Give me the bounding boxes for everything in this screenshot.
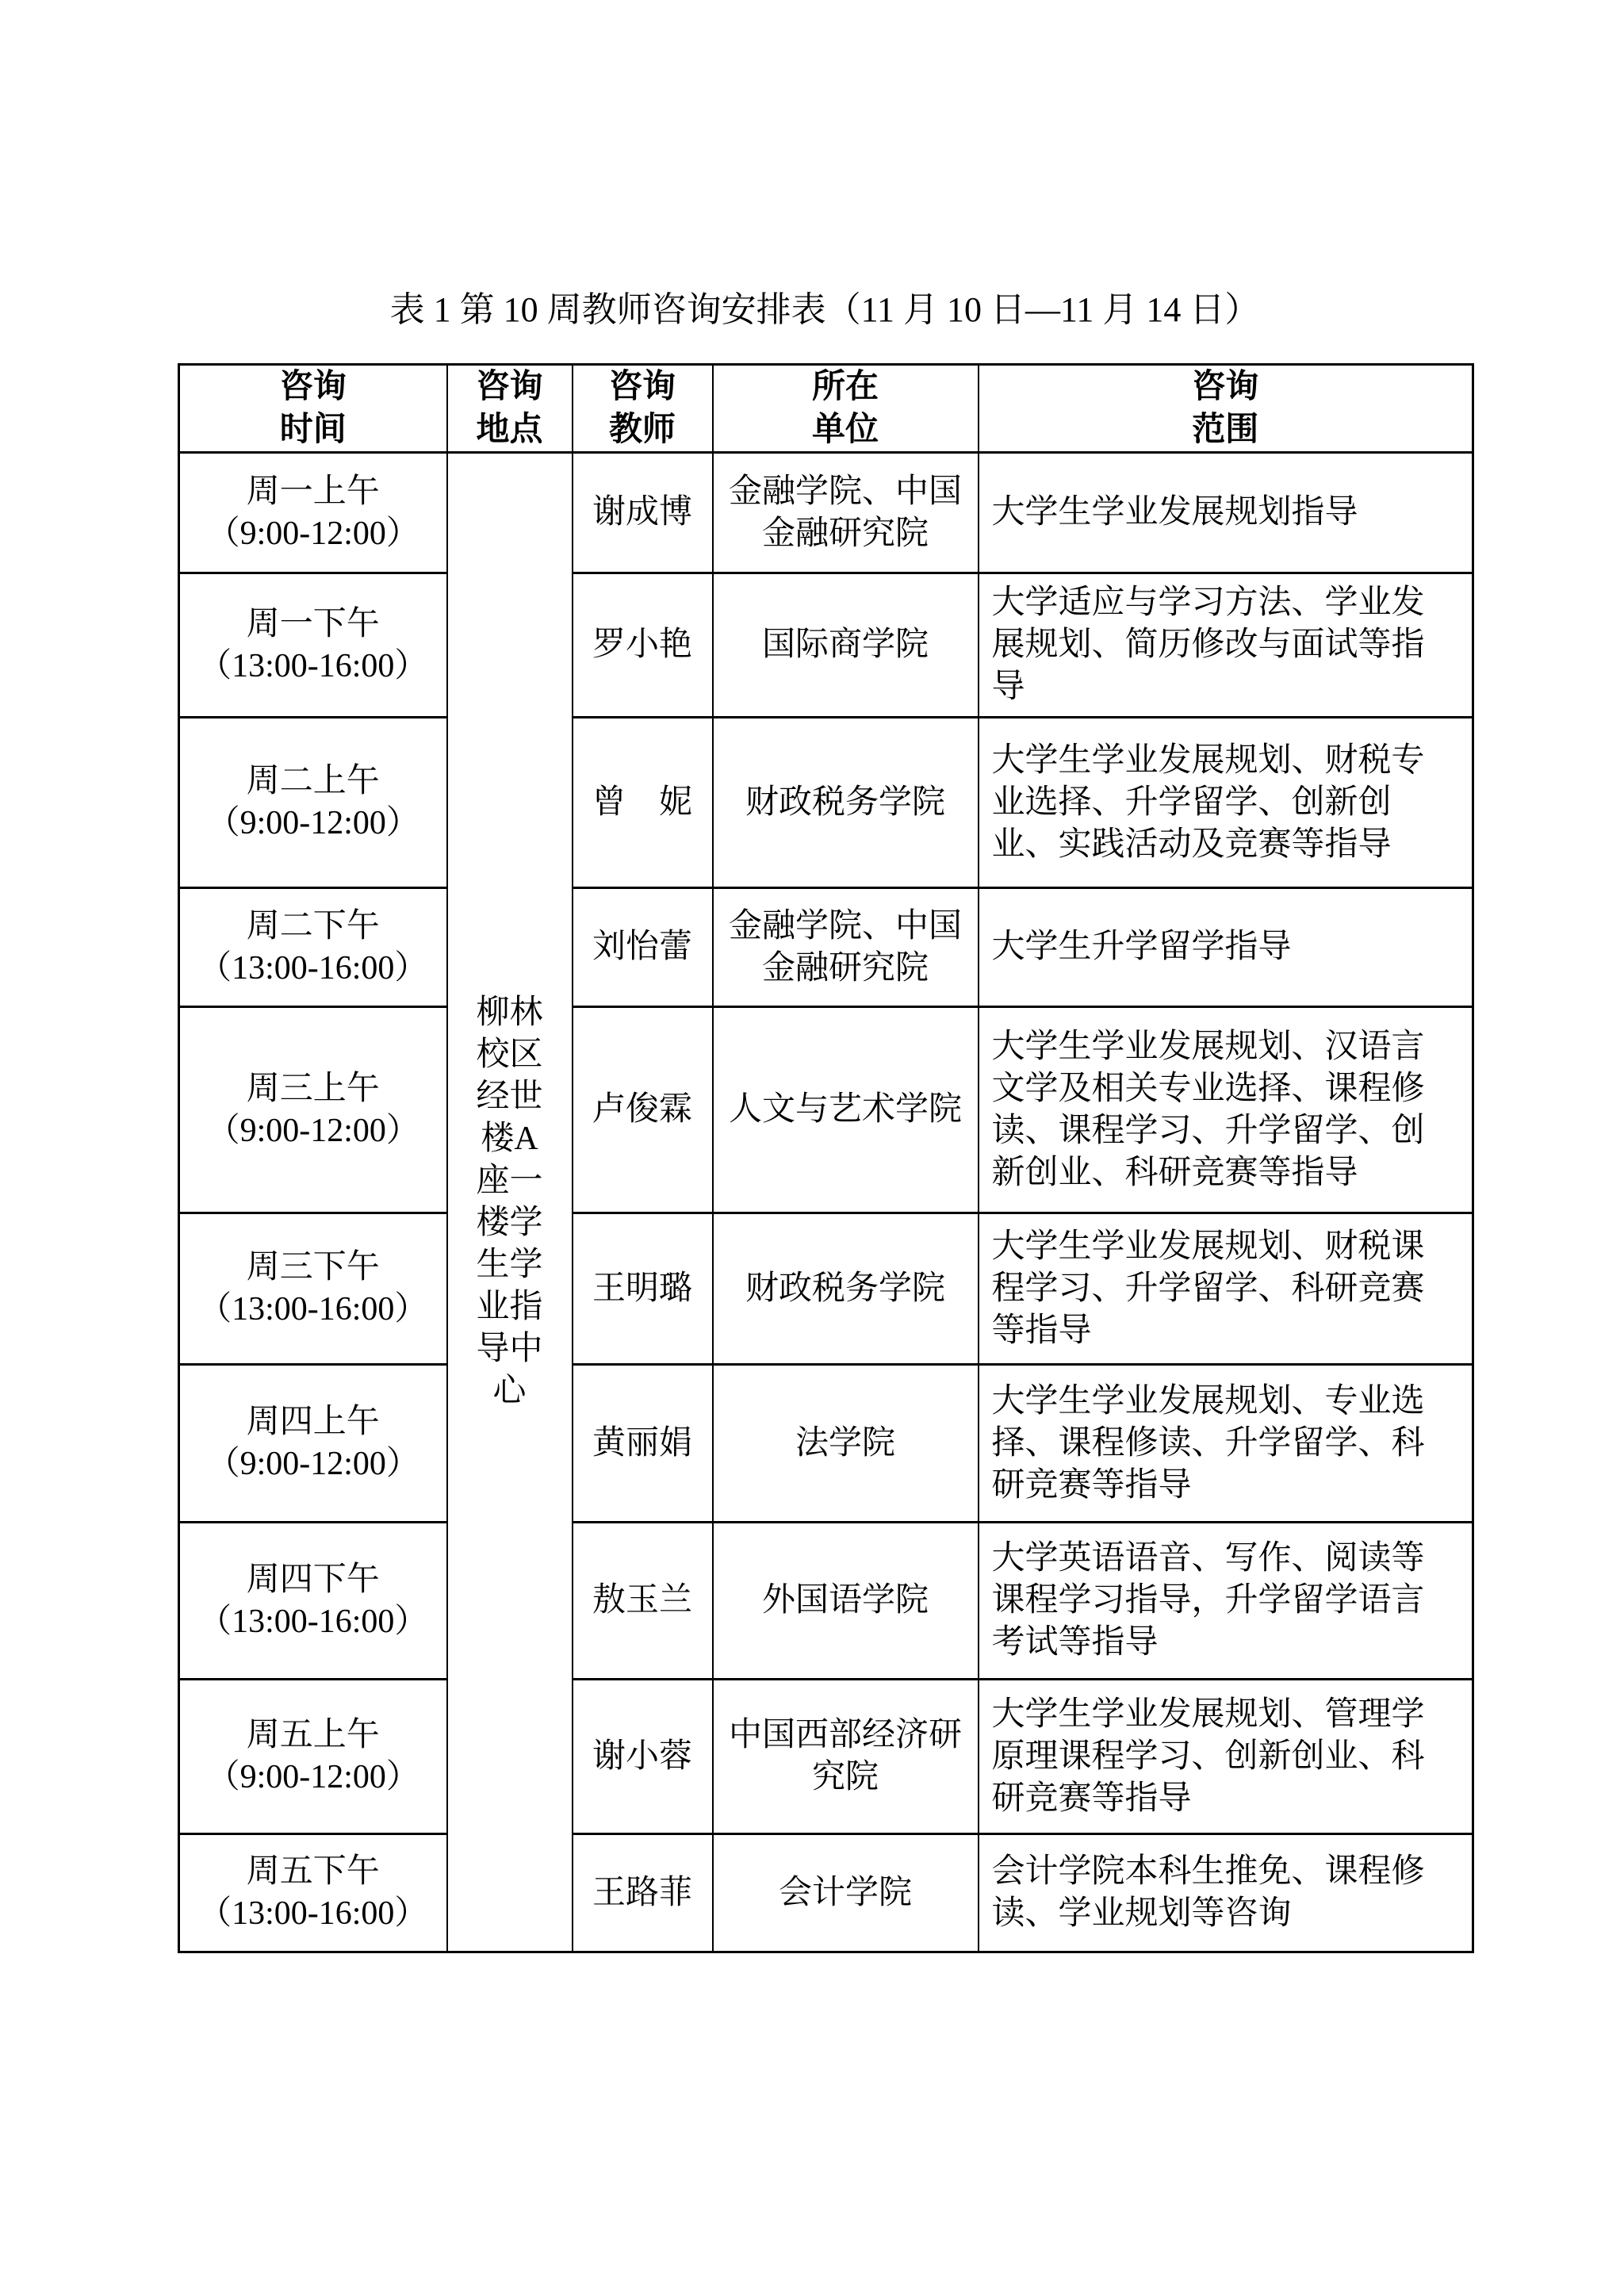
time-day: 周二上午 [247,763,380,799]
time-hours: （13:00-16:00） [198,1603,427,1640]
time-day: 周一上午 [247,473,380,510]
unit-cell: 外国语学院 [713,1523,979,1680]
header-cell-location: 咨询地点 [447,365,573,453]
header-teacher-line2: 教师 [609,412,676,448]
scope-cell: 大学生学业发展规划、财税专业选择、升学留学、创新创业、实践活动及竞赛等指导 [979,718,1473,888]
location-cell: 柳林校区经世楼A座一楼学生学业指导中心 [447,453,573,1952]
time-cell: 周一下午（13:00-16:00） [179,573,447,718]
time-hours: （13:00-16:00） [198,1291,427,1328]
scope-cell: 大学生学业发展规划、汉语言文学及相关专业选择、课程修读、课程学习、升学留学、创新… [979,1007,1473,1213]
time-cell: 周二下午（13:00-16:00） [179,888,447,1007]
time-cell: 周一上午（9:00-12:00） [179,453,447,573]
time-day: 周四下午 [247,1561,380,1598]
table-row: 周三下午（13:00-16:00） 王明璐 财政税务学院 大学生学业发展规划、财… [179,1213,1473,1365]
table-row: 周四下午（13:00-16:00） 敖玉兰 外国语学院 大学英语语音、写作、阅读… [179,1523,1473,1680]
time-hours: （9:00-12:00） [207,1759,419,1795]
header-unit-line2: 单位 [812,412,879,448]
unit-cell: 财政税务学院 [713,718,979,888]
header-cell-time: 咨询时间 [179,365,447,453]
time-hours: （13:00-16:00） [198,950,427,987]
time-cell: 周五下午（13:00-16:00） [179,1834,447,1952]
table-row: 周五下午（13:00-16:00） 王路菲 会计学院 会计学院本科生推免、课程修… [179,1834,1473,1952]
scope-cell: 大学英语语音、写作、阅读等课程学习指导，升学留学语言考试等指导 [979,1523,1473,1680]
header-row: 咨询时间 咨询地点 咨询教师 所在单位 咨询范围 [179,365,1473,453]
time-hours: （9:00-12:00） [207,1113,419,1149]
time-cell: 周三下午（13:00-16:00） [179,1213,447,1365]
teacher-cell: 曾 妮 [573,718,713,888]
scope-cell: 大学生学业发展规划、管理学原理课程学习、创新创业、科研竞赛等指导 [979,1680,1473,1834]
header-location-line1: 咨询 [476,369,542,405]
table-row: 周二下午（13:00-16:00） 刘怡蕾 金融学院、中国金融研究院 大学生升学… [179,888,1473,1007]
teacher-cell: 谢成博 [573,453,713,573]
time-cell: 周五上午（9:00-12:00） [179,1680,447,1834]
header-unit-line1: 所在 [812,369,879,405]
time-day: 周三下午 [247,1249,380,1285]
time-cell: 周三上午（9:00-12:00） [179,1007,447,1213]
unit-cell: 财政税务学院 [713,1213,979,1365]
table-row: 周一上午（9:00-12:00） 柳林校区经世楼A座一楼学生学业指导中心 谢成博… [179,453,1473,573]
table-row: 周三上午（9:00-12:00） 卢俊霖 人文与艺术学院 大学生学业发展规划、汉… [179,1007,1473,1213]
time-cell: 周四下午（13:00-16:00） [179,1523,447,1680]
header-cell-scope: 咨询范围 [979,365,1473,453]
time-day: 周五下午 [247,1853,380,1890]
time-day: 周二下午 [247,908,380,944]
time-day: 周三上午 [247,1071,380,1107]
unit-cell: 金融学院、中国金融研究院 [713,888,979,1007]
table-row: 周一下午（13:00-16:00） 罗小艳 国际商学院 大学适应与学习方法、学业… [179,573,1473,718]
teacher-cell: 卢俊霖 [573,1007,713,1213]
teacher-cell: 刘怡蕾 [573,888,713,1007]
table-row: 周五上午（9:00-12:00） 谢小蓉 中国西部经济研究院 大学生学业发展规划… [179,1680,1473,1834]
scope-cell: 大学生学业发展规划、专业选择、课程修读、升学留学、科研竞赛等指导 [979,1365,1473,1523]
teacher-cell: 谢小蓉 [573,1680,713,1834]
document-page: 表 1 第 10 周教师咨询安排表（11 月 10 日—11 月 14 日） 咨… [0,0,1624,2295]
time-day: 周五上午 [247,1717,380,1753]
unit-cell: 国际商学院 [713,573,979,718]
time-hours: （9:00-12:00） [207,515,419,552]
time-cell: 周二上午（9:00-12:00） [179,718,447,888]
time-day: 周四上午 [247,1404,380,1440]
scope-cell: 大学生学业发展规划指导 [979,453,1473,573]
unit-cell: 人文与艺术学院 [713,1007,979,1213]
scope-cell: 大学适应与学习方法、学业发展规划、简历修改与面试等指导 [979,573,1473,718]
consultation-schedule-table: 咨询时间 咨询地点 咨询教师 所在单位 咨询范围 周一上午（9:00-12:00… [178,363,1474,1953]
header-location-line2: 地点 [476,412,542,448]
time-hours: （13:00-16:00） [198,1895,427,1932]
header-scope-line1: 咨询 [1192,369,1258,405]
teacher-cell: 罗小艳 [573,573,713,718]
header-time-line1: 咨询 [280,369,347,405]
location-text: 柳林校区经世楼A座一楼学生学业指导中心 [475,992,545,1412]
scope-cell: 大学生学业发展规划、财税课程学习、升学留学、科研竞赛等指导 [979,1213,1473,1365]
time-hours: （13:00-16:00） [198,648,427,684]
time-hours: （9:00-12:00） [207,1446,419,1482]
table-row: 周二上午（9:00-12:00） 曾 妮 财政税务学院 大学生学业发展规划、财税… [179,718,1473,888]
header-time-line2: 时间 [280,412,347,448]
scope-cell: 大学生升学留学指导 [979,888,1473,1007]
time-cell: 周四上午（9:00-12:00） [179,1365,447,1523]
header-cell-teacher: 咨询教师 [573,365,713,453]
table-caption: 表 1 第 10 周教师咨询安排表（11 月 10 日—11 月 14 日） [178,0,1472,330]
time-day: 周一下午 [247,606,380,642]
header-cell-unit: 所在单位 [713,365,979,453]
time-hours: （9:00-12:00） [207,805,419,841]
unit-cell: 金融学院、中国金融研究院 [713,453,979,573]
scope-cell: 会计学院本科生推免、课程修读、学业规划等咨询 [979,1834,1473,1952]
teacher-cell: 王路菲 [573,1834,713,1952]
unit-cell: 会计学院 [713,1834,979,1952]
teacher-cell: 敖玉兰 [573,1523,713,1680]
unit-cell: 中国西部经济研究院 [713,1680,979,1834]
unit-cell: 法学院 [713,1365,979,1523]
teacher-cell: 王明璐 [573,1213,713,1365]
header-teacher-line1: 咨询 [609,369,676,405]
teacher-cell: 黄丽娟 [573,1365,713,1523]
header-scope-line2: 范围 [1192,412,1258,448]
table-row: 周四上午（9:00-12:00） 黄丽娟 法学院 大学生学业发展规划、专业选择、… [179,1365,1473,1523]
